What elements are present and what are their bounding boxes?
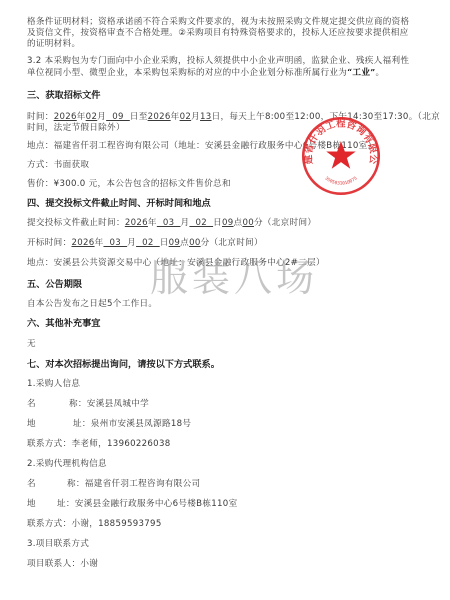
open-year: 2026 [71,238,94,248]
opening-time: 开标时间：2026年 03 月 02 日09点00分（北京时间） [27,238,263,249]
start-month: 02 [86,112,98,122]
year-char: 年 [77,112,86,122]
intro-line-1: 格条件证明材料；资格承诺函不符合采购文件要求的，视为未按照采购文件规定提交供应商… [27,17,409,28]
end-day: 13 [200,112,212,122]
project-contact-person: 项目联系人：小谢 [27,559,98,570]
section-4-heading: 四、提交投标文件截止时间、开标时间和地点 [27,198,211,210]
open-day: 02 [136,238,160,248]
purchaser-address: 地址：泉州市安溪县凤源路18号 [27,419,191,430]
section-7-heading: 七、对本次招标提出询问，请按以下方式联系。 [27,359,220,371]
deadline-minute: 00 [242,218,254,228]
agency-address: 地址：安溪县金融行政服务中心6号楼B栋110室 [27,499,237,510]
agency-address-value: 安溪县金融行政服务中心6号楼B栋110室 [75,499,238,509]
deadline-label: 提交投标文件截止时间： [27,218,125,228]
section-6-heading: 六、其他补充事宜 [27,318,101,330]
clause-3-2-line-2: 单位视同小型、微型企业，本采购包采购标的对应的中小企业划分标准所属行业为“工业”… [27,68,384,79]
acquire-method: 方式：书面获取 [27,160,89,171]
clause-3-2-line-1: 3.2 本采购包为专门面向中小企业采购，投标人须提供中小企业声明函，监狱企业、残… [27,56,409,67]
deadline-month: 03 [157,218,181,228]
intro-line-3: 的证明材料。 [27,39,80,50]
agency-name-value: 福建省仟羽工程咨询有限公司 [85,479,201,489]
agency-name: 名称：福建省仟羽工程咨询有限公司 [27,479,200,490]
end-month: 02 [180,112,192,122]
project-contact-title: 3.项目联系方式 [27,539,89,550]
addr-label-b: 址： [73,419,91,429]
acquire-time-line-2: 时间，法定节假日除外） [27,123,125,134]
open-tz: 分（北京时间） [201,238,263,248]
open-month: 03 [103,238,127,248]
purchaser-contact: 联系方式：李老师，13960226038 [27,439,171,450]
purchaser-title: 1.采购人信息 [27,379,80,390]
deadline-day: 02 [189,218,213,228]
year-char: 年 [148,218,157,228]
name-label-a: 名 [27,399,69,410]
open-label: 开标时间： [27,238,71,248]
watermark: 服装八场 [150,258,318,298]
purchaser-name-value: 安溪县凤城中学 [87,399,149,409]
addr-label-a: 地 [27,499,57,510]
start-year: 2026 [54,112,77,122]
submission-deadline: 提交投标文件截止时间：2026年 03 月 02 日09点00分（北京时间） [27,218,316,229]
clause-3-2-text: 单位视同小型、微型企业，本采购包采购标的对应的中小企业划分标准所属行业为 [27,68,347,78]
document-page: 格条件证明材料；资格承诺函不符合采购文件要求的，视为未按照采购文件规定提交供应商… [0,0,450,600]
day-char: 日 [213,218,222,228]
day-char: 日 [160,238,169,248]
deadline-tz: 分（北京时间） [254,218,316,228]
purchaser-address-value: 泉州市安溪县凤源路18号 [91,419,191,429]
svg-text:3505031010075: 3505031010075 [324,175,359,186]
company-seal-icon: 福建省仟羽工程咨询有限公司 3505031010075 [300,115,382,197]
industry-value: “工业” [347,68,375,78]
name-label-b: 称： [67,479,85,489]
clause-3-2-end: 。 [375,68,384,78]
day-to-char: 日至 [130,112,148,122]
hour-char: 点 [180,238,189,248]
section-3-heading: 三、获取招标文件 [27,90,101,102]
announcement-period: 自本公告发布之日起5个工作日。 [27,299,157,310]
open-hour: 09 [169,238,181,248]
month-char: 月 [191,112,200,122]
deadline-year: 2026 [125,218,148,228]
month-char: 月 [97,112,106,122]
addr-label-b: 址： [57,499,75,509]
purchaser-name: 名称：安溪县凤城中学 [27,399,149,410]
intro-line-2: 及资信文件，按资格审查不合格处理。②采购项目有特殊资格要求的，投标人还应按要求提… [27,28,409,39]
name-label-b: 称： [69,399,87,409]
start-day: 09 [106,112,130,122]
addr-label-a: 地 [27,419,73,430]
time-label: 时间： [27,112,54,122]
deadline-hour: 09 [222,218,234,228]
end-year: 2026 [148,112,171,122]
document-price: 售价：¥300.0 元，本公告包含的招标文件售价总和 [27,179,231,190]
agency-title: 2.采购代理机构信息 [27,459,107,470]
agency-contact: 联系方式：小谢，18859593795 [27,519,162,530]
section-5-heading: 五、公告期限 [27,279,82,291]
year-char: 年 [171,112,180,122]
name-label-a: 名 [27,479,67,490]
open-minute: 00 [189,238,201,248]
month-char: 月 [127,238,136,248]
other-matters: 无 [27,339,36,350]
